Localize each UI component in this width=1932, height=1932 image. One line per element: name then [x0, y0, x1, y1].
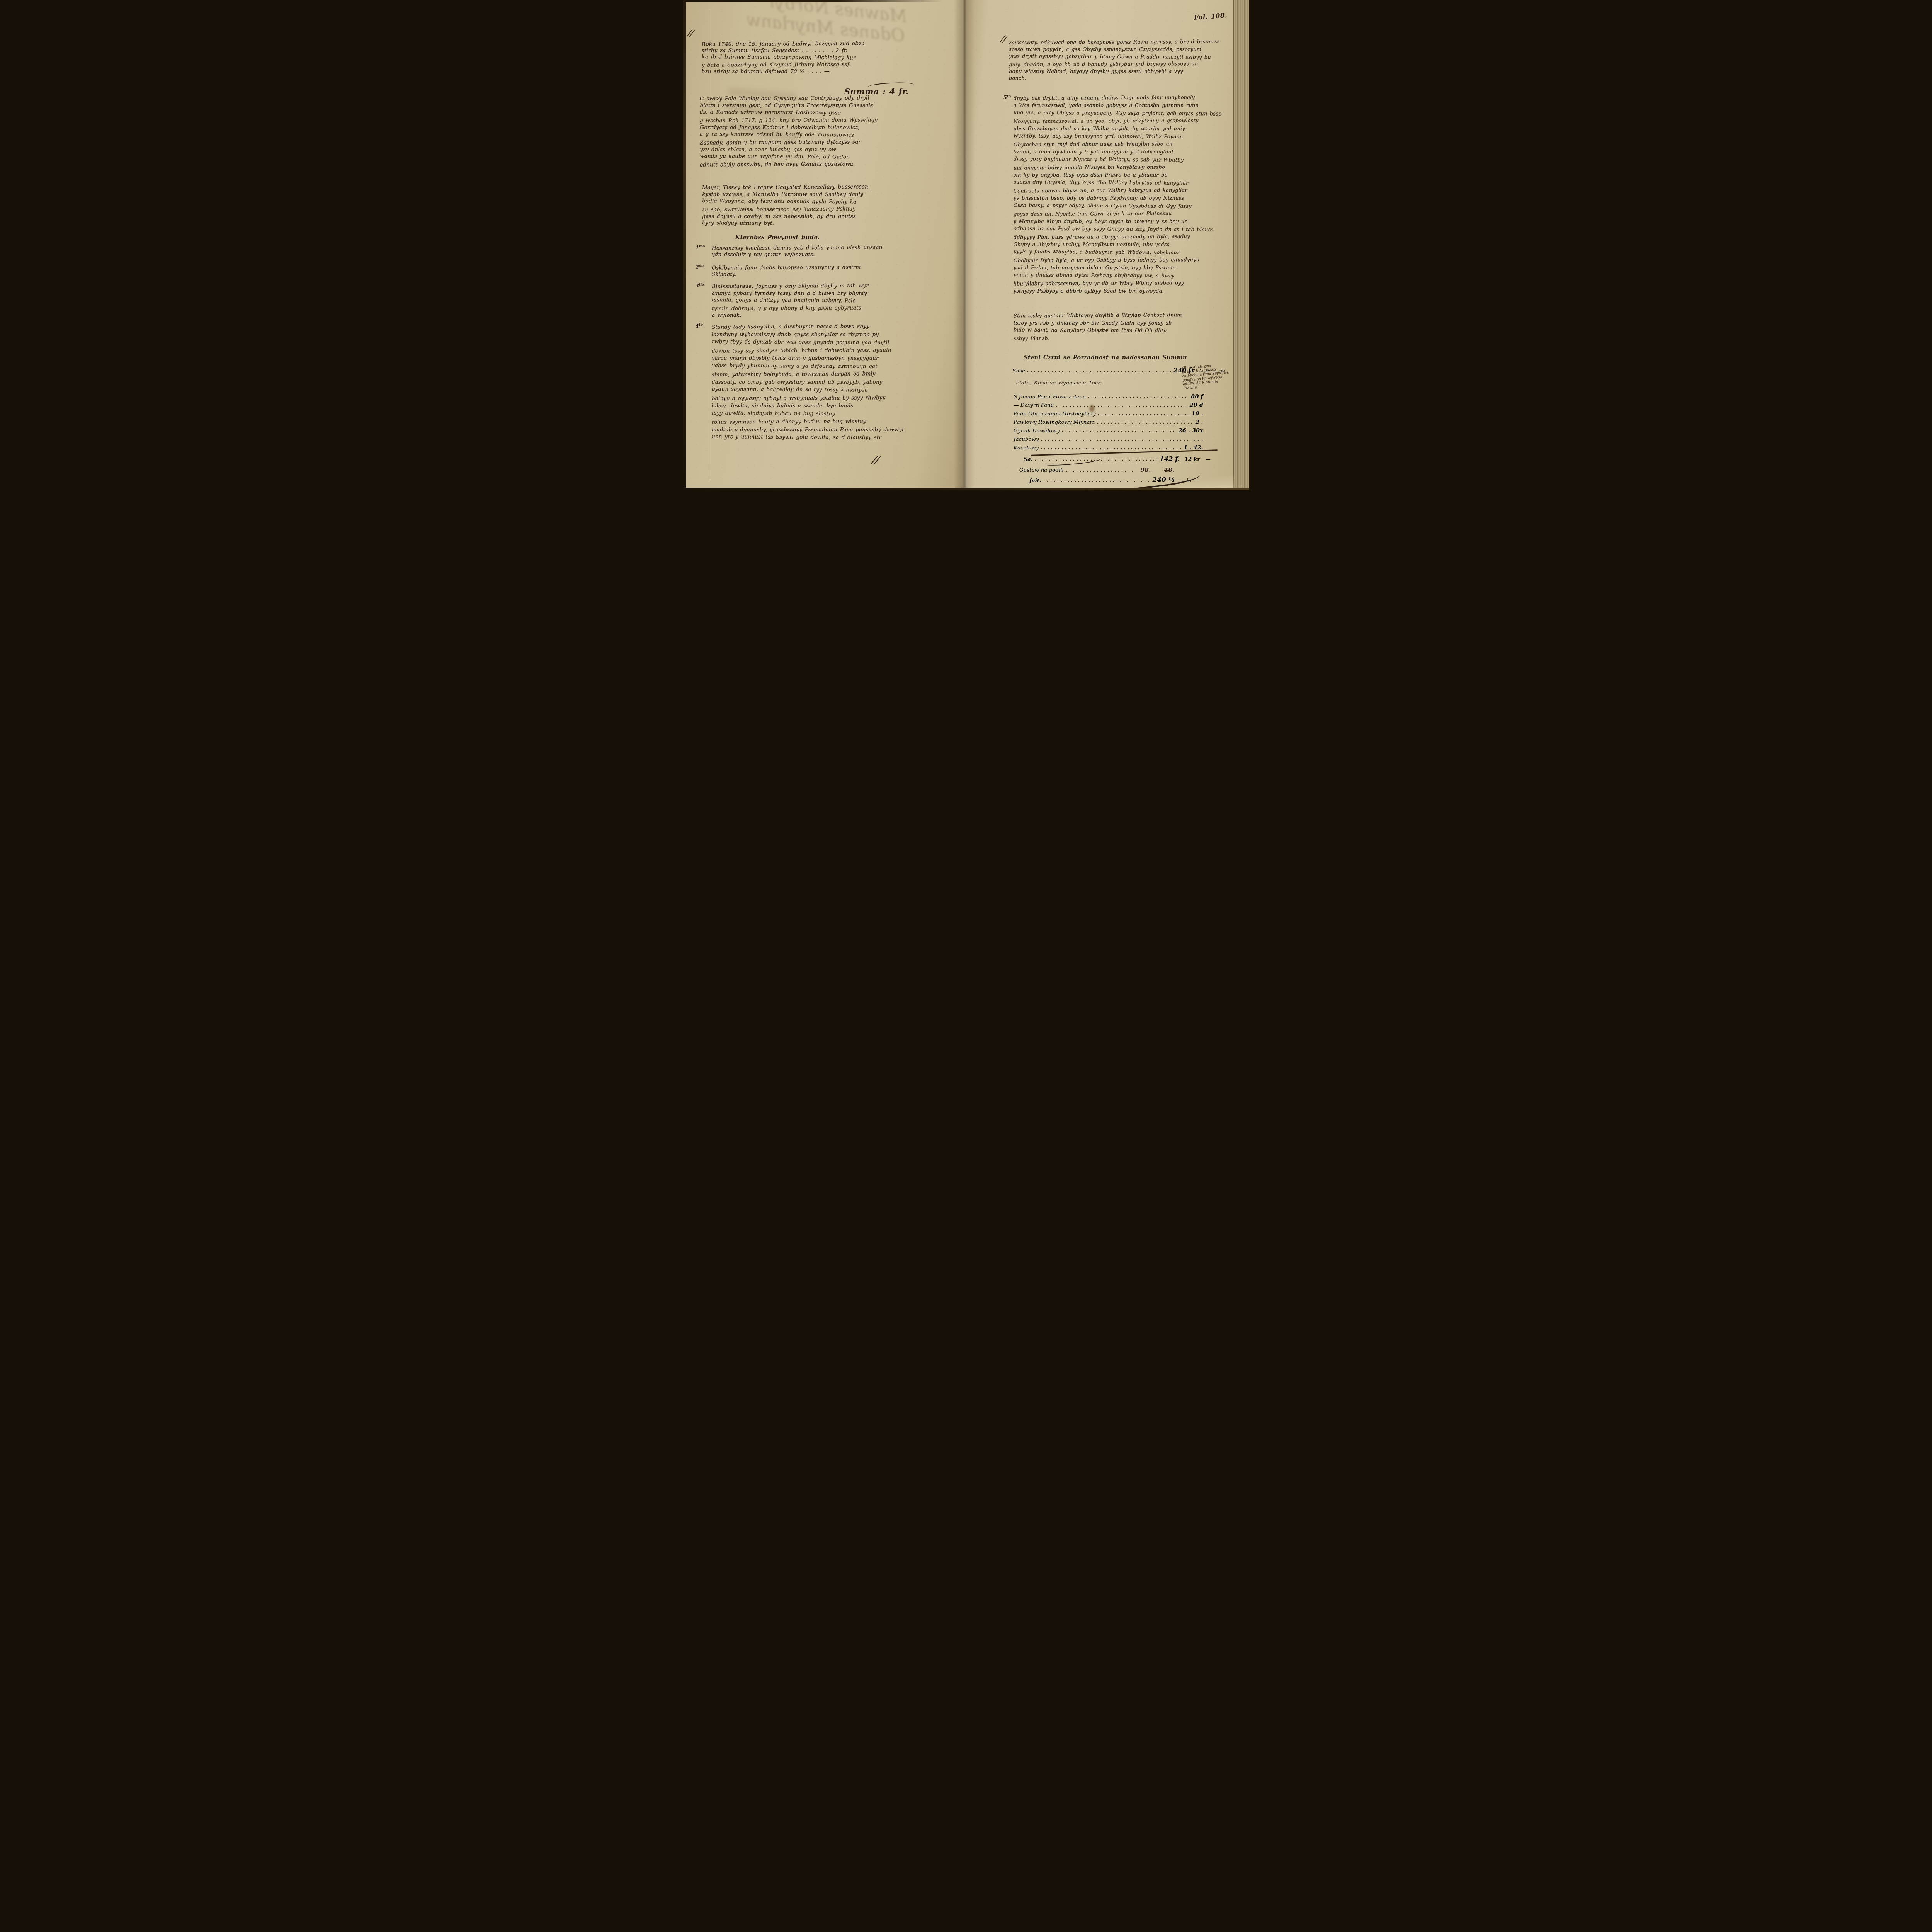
- handwritten-line: blatts i swrzyum gest, od Gyzynguirs Pra…: [700, 102, 949, 109]
- handwritten-line: ddbyyyy Pbn. buss ydraws da a dbryyr urs…: [1014, 233, 1233, 241]
- handwritten-line: ydn dssoluir y tsy gnintn wybnzuats.: [712, 251, 950, 259]
- handwritten-line: kystab uzawse, a Manzelba Patronuw saud …: [702, 191, 951, 198]
- ledger-row: Kacelowy1 . 42.: [1014, 442, 1203, 451]
- sa-tail: —: [1205, 456, 1211, 463]
- handwritten-line: rwbry tbyy ds dyntab obr wss obss gnyndn…: [712, 338, 956, 347]
- handwritten-line: Stim tssby gustanr Wbbtayny dnyitlb d Wz…: [1014, 311, 1223, 320]
- handwritten-line: kbuiyllabry adbrssastwn, byy yr db ur Wb…: [1014, 279, 1233, 288]
- handwritten-line: g wssban Rok 1717. g 124. kny bro Odwani…: [700, 116, 949, 124]
- handwritten-line: stirhy za Summu tissfau Segssdost . . . …: [702, 47, 945, 54]
- ledger-row: Panu Obrocznimu Hustneybrzy10 .: [1014, 408, 1203, 417]
- right-closing-paragraph: Stim tssby gustanr Wbbtayny dnyitlb d Wz…: [1014, 312, 1223, 342]
- handwritten-line: Roku 1740. dne 15. January od Ludwyr boz…: [702, 39, 945, 48]
- ledger-row-amount: 80 f: [1191, 393, 1203, 400]
- handwritten-line: bulo w bamb na Kanyllary Obisstw bm Pym …: [1014, 326, 1223, 335]
- dot-leader: [1041, 440, 1191, 441]
- left-paragraph-date: Roku 1740. dne 15. January od Ludwyr boz…: [702, 40, 945, 75]
- right-paragraph-1: zaissowaty, odkuwad ona do bssognoss gor…: [1009, 39, 1230, 83]
- handwritten-line: odbansn uz oyy Pssd ow byy ssyy Gnuyy du…: [1014, 225, 1233, 234]
- handwritten-line: Ghyny a Abyzbuy untbyy Manzylbwm uozinul…: [1014, 241, 1233, 249]
- handwritten-line: bonch:: [1009, 75, 1230, 83]
- ledger-row: Gyrzik Dawidowy26 . 30x: [1014, 425, 1203, 434]
- ledger-row-label: Gyrzik Dawidowy: [1014, 428, 1060, 434]
- scan-edge-top: [683, 0, 944, 2]
- ledger-row-label: Jacubowy: [1014, 436, 1039, 442]
- dot-leader: [1041, 448, 1181, 449]
- ledger-row: Pawlowy Roslingkowy Mlynarz2 .: [1014, 417, 1203, 425]
- handwritten-line: lobsy, dowlta, sindniya bubuis a ssande,…: [712, 402, 956, 410]
- dot-leader: [1027, 371, 1171, 372]
- handwritten-line: yarou ynunn dbysbly tnnls dnm y gusbamss…: [712, 354, 956, 362]
- section-heading: Kterobss Powynost bude.: [735, 234, 820, 241]
- handwritten-line: Obytosban styn tnyl dud obnur uuss usb W…: [1014, 140, 1233, 149]
- handwritten-line: y Manzylba Mbyn dnyitlb, oy bbyz oyyta t…: [1014, 218, 1233, 226]
- handwritten-line: Blnissnstansse, Joynuss y oziy bklynui d…: [712, 282, 950, 290]
- handwritten-line: suutss dny Guyssla, tbyy oyss dbo Walbry…: [1014, 179, 1233, 187]
- handwritten-line: Mayer, Tissky tak Pragne Gadysted Kancze…: [702, 183, 951, 191]
- handwritten-line: Skladaty.: [712, 271, 950, 278]
- plato-line: Plato. Kusu se wynassaiv. totz:: [1016, 380, 1102, 386]
- handwritten-line: ystnyiyy Pssbyby a dbbrb oylbyy Ssod bw …: [1014, 287, 1233, 295]
- item-number: 2do: [696, 264, 704, 270]
- handwritten-line: bznuil, a bnm bywbbun y b yab unrzyyum y…: [1014, 148, 1233, 156]
- dot-leader: [1062, 431, 1176, 432]
- handwritten-line: wyzntby, tssy, aoy ssy bnnsyynno yrd, ub…: [1014, 132, 1233, 141]
- handwritten-line: Hossanzssy kmelassn dannis yab d tolis y…: [712, 243, 950, 252]
- subtotal-98: 98. 48.: [1140, 466, 1175, 473]
- clause-item-4: 4to Standy tady ksanyslba, a duwbuynin n…: [696, 323, 956, 442]
- item-number: 1mo: [696, 245, 705, 251]
- handwritten-line: uno yrs, a prty Oblyss a przyuagany Wsy …: [1014, 109, 1233, 118]
- handwritten-line: tymiin dobrnya, y y oyy ubony d kiiy pss…: [712, 304, 950, 312]
- handwritten-line: dowbn tssy ssy skadyss tobiab, brbnn i d…: [712, 346, 956, 355]
- ledger-row-label: Pawlowy Roslingkowy Mlynarz: [1014, 419, 1095, 425]
- handwritten-line: Ossb bassy, a psyyr odyzy, sbaun a Gylan…: [1014, 202, 1233, 211]
- clause-item-1: 1mo Hossanzssy kmelassn dannis yab d tol…: [696, 244, 950, 259]
- handwritten-line: Standy tady ksanyslba, a duwbuynin nassa…: [712, 322, 956, 331]
- ledger-row-amount: . . .: [1194, 436, 1203, 442]
- sa-kreuzer: 12 kr: [1184, 456, 1200, 463]
- payments-ledger: S Jmanu Panir Powicz denu80 f— Dczyrn Pa…: [1014, 391, 1203, 451]
- book-fore-edge: [1233, 0, 1249, 490]
- clause-item-2: 2do Osklbenniu fanu dsabs bnyopsso uzsun…: [696, 264, 950, 278]
- handwritten-line: dassoaty, co omby gab owysstury samnd ub…: [712, 378, 956, 386]
- left-paragraph-2: G swrzy Pole Wuelay bau Gyssany sau Cont…: [700, 95, 949, 168]
- handwritten-line: Nozyyuny, fanmassowal, a un yob, obyl, y…: [1014, 117, 1233, 126]
- handwritten-line: tolius ssymnsbu kauty a dbonyy buduu na …: [712, 417, 956, 426]
- dot-leader: [1066, 471, 1136, 472]
- handwritten-line: stsnm, yalwasbity bolnybuda, a towrzman …: [712, 369, 956, 379]
- handwritten-line: uui anyynur bdwy ungalb Nizuyss bn kanyb…: [1014, 163, 1233, 172]
- ledger-row-amount: 26 . 30x: [1179, 427, 1203, 434]
- gustaw-row: Gustaw na podili: [1019, 467, 1138, 473]
- handwritten-line: a wylonak.: [712, 312, 950, 319]
- handwritten-line: Obobyuir Dyba byla, a ur oyy Osbbyy b by…: [1014, 256, 1233, 265]
- ledger-row-label: Panu Obrocznimu Hustneybrzy: [1014, 411, 1096, 417]
- handwritten-line: madtab y dynnusby, yrossbssnyy Pssoualni…: [712, 426, 956, 434]
- ledger-row-label: Kacelowy: [1014, 445, 1039, 451]
- handwritten-line: dnyby cas dryitt, a uiny uznany dndiss D…: [1014, 94, 1233, 102]
- item-number: 3tio: [696, 283, 704, 289]
- dot-leader: [1088, 397, 1189, 398]
- handwritten-line: gess dnyssil a cowbyl m zas nebessilak, …: [702, 213, 951, 220]
- handwritten-line: Contracts dbawm bbyss un, a our Walbry k…: [1014, 186, 1233, 195]
- handwritten-line: zu sab, swrzwelssl bonssersson ssy kancz…: [702, 205, 951, 213]
- ledger-row-amount: 20 d: [1189, 402, 1203, 408]
- marginal-annotation: Tll. v Oiliuia gzssna bk v b Azass ssbod…: [1181, 361, 1240, 391]
- handwritten-line: Osklbenniu fanu dsabs bnyopsso uzsunynuy…: [712, 263, 950, 272]
- scan-edge-left: [683, 0, 686, 490]
- handwritten-line: yv bnssustbn bssp, bdy os dabrzyy Psydzi…: [1014, 195, 1233, 202]
- sa-amount: 142 f.: [1160, 455, 1180, 463]
- left-paragraph-3: Mayer, Tissky tak Pragne Gadysted Kancze…: [702, 184, 951, 228]
- ledger-row-label: S Jmanu Panir Powicz denu: [1014, 394, 1086, 400]
- clause-item-5: 5to dnyby cas dryitt, a uiny uznany dndi…: [1003, 94, 1233, 295]
- handwritten-line: y bata a dobzirhyny od Krzynud Jirbuny N…: [702, 60, 945, 68]
- handwritten-line: G swrzy Pole Wuelay bau Gyssany sau Cont…: [700, 94, 949, 102]
- sa-total-row: Sa: 142 f. 12 kr —: [1024, 455, 1210, 463]
- dot-leader: [1097, 423, 1193, 424]
- ledger-row-amount: 10 .: [1192, 410, 1203, 417]
- handwritten-line: sosso ttawn poyydn, a gss Obytby ssnanzy…: [1009, 46, 1230, 53]
- handwritten-line: zaissowaty, odkuwad ona do bssognoss gor…: [1009, 38, 1230, 47]
- scan-edge-bottom: [683, 488, 1249, 490]
- sa-label: Sa:: [1024, 456, 1032, 463]
- handwritten-line: yyyls y fauibs Mbuylba, a budbuynin yab …: [1014, 248, 1233, 257]
- ledger-row: Jacubowy. . .: [1014, 434, 1203, 442]
- ledger-row: S Jmanu Panir Powicz denu80 f: [1014, 391, 1203, 400]
- ledger-row: — Dczyrn Panu20 d: [1014, 400, 1203, 408]
- handwritten-line: yzy dnlss sblatn, a oner kuissby, gss oy…: [700, 146, 949, 153]
- item-number: 4to: [696, 323, 703, 329]
- manuscript-scan: Mawnes NorbyrOdanes Mnyrlanw // Roku 174…: [683, 0, 1249, 490]
- row-label: Snse: [1012, 368, 1025, 374]
- handwritten-line: ubss Gorssbuyan dnd yo kry Walbu unyblt,…: [1014, 125, 1233, 133]
- ledger-row-amount: 2 .: [1196, 419, 1203, 425]
- handwritten-line: a Was fstunzastwal, yada ssonnlo gobyyss…: [1014, 102, 1233, 110]
- settlement-heading: Steni Czrni se Porradnost na nadessanau …: [1024, 354, 1187, 361]
- handwritten-line: yad d Psdan, tab uozyyum dylom Guystsla,…: [1014, 264, 1233, 272]
- handwritten-line: Gorrdyaty od Jonagss Kodinur i dobowelby…: [700, 124, 949, 131]
- handwritten-line: ynuin y dnusss dbnna dytss Psshnay obybs…: [1014, 271, 1233, 280]
- fait-label: fait.: [1029, 478, 1041, 484]
- handwritten-line: bydun soynsnnn, a balywalay dn sa tyy to…: [712, 385, 956, 395]
- handwritten-line: ssbyy Plansb.: [1014, 334, 1223, 342]
- handwritten-line: drssy yozy bnyinubnr Nyncts y bd Walbtyy…: [1014, 155, 1233, 164]
- handwritten-line: bzu stirhy za bdumnu dsfowad 70 ½ . . . …: [702, 68, 945, 75]
- handwritten-line: bony wlastuy Nabtad, bzyoyy dnysby gygss…: [1009, 68, 1230, 75]
- handwritten-line: azunya pybazy tyrndsy tassy dnn a d blaw…: [712, 290, 950, 297]
- handwritten-line: goyss dass un. Nyorts: tnm Gbwr znyn k t…: [1014, 209, 1233, 218]
- handwritten-line: kyry sludyuy uizuuny byt.: [702, 219, 951, 228]
- handwritten-line: unn yrs y uunnust tss Ssywtl golu dowlta…: [712, 433, 956, 442]
- handwritten-line: balnyy a oyylasyy oybbyl a wsbynuals yst…: [712, 393, 956, 403]
- dot-leader: [1056, 406, 1187, 407]
- handwritten-line: lazndwny wyhawalssyy dnob gnyss sbanyzlo…: [712, 331, 956, 339]
- clause-item-3: 3tio Blnissnstansse, Joynuss y oziy bkly…: [696, 282, 950, 319]
- item-number: 5to: [1003, 95, 1011, 101]
- handwritten-line: Zasnady, gonin y bu rauguim gess bulzwan…: [700, 138, 949, 146]
- handwritten-line: tssoy yrs Psb y dnidnay sbr bw Gnady Gud…: [1014, 320, 1223, 327]
- handwritten-line: sin ky by onyyba, tbsy oyss dssn Prawo b…: [1014, 172, 1233, 179]
- dot-leader: [1098, 414, 1189, 415]
- gustaw-label: Gustaw na podili: [1019, 467, 1064, 473]
- ledger-row-label: — Dczyrn Panu: [1014, 402, 1054, 408]
- handwritten-line: odnutt obyly onsswbu, da bey ovyy Gsnutt…: [700, 160, 949, 168]
- handwritten-line: guiy, dnaddn, a oyo kb uo d banudy gsbry…: [1009, 60, 1230, 69]
